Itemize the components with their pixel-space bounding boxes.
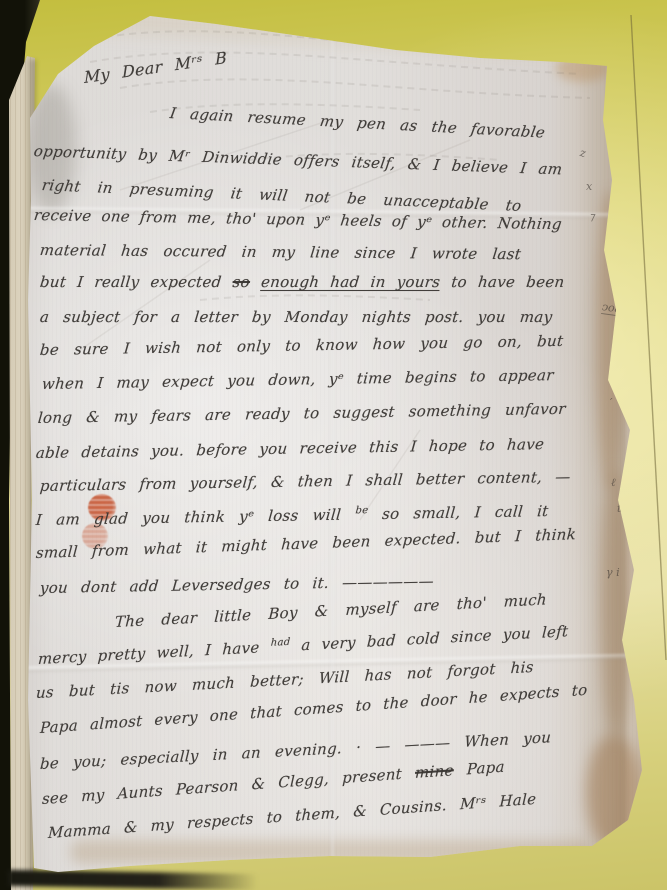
inserted-word: had	[271, 637, 291, 649]
line-text: I am glad you think yᵉ loss will	[35, 505, 356, 529]
handwritten-line: able detains you. before you receive thi…	[35, 435, 545, 462]
line-text: you dont add Leversedges to it. ——————	[39, 572, 435, 597]
top-edge-tone	[60, 4, 581, 57]
handwritten-line: a subject for a letter by Monday nights …	[39, 308, 553, 326]
line-text: long & my fears are ready to suggest som…	[37, 400, 566, 427]
letter-page: My Dear Mʳˢ B I again resume my pen as t…	[0, 0, 667, 890]
margin-mark: t	[617, 502, 621, 515]
margin-mark: ′	[610, 396, 613, 409]
line-text: be sure I wish not only to know how you …	[39, 332, 564, 359]
margin-mark: ↄoa	[601, 300, 622, 317]
margin-mark: ½	[630, 586, 641, 599]
salutation: My Dear Mʳˢ B	[84, 48, 228, 87]
struck-word: so	[232, 273, 251, 291]
handwritten-line: when I may expect you down, yᵉ time begi…	[41, 366, 554, 393]
handwritten-line: long & my fears are ready to suggest som…	[37, 400, 566, 427]
line-text: but I really expected	[39, 273, 234, 291]
line-text: to have been	[439, 273, 565, 291]
margin-mark: ⁊	[589, 210, 594, 223]
line-text: a subject for a letter by Monday nights …	[39, 308, 553, 326]
line-text: I again resume my pen as the favorable	[169, 104, 547, 142]
margin-mark: x	[586, 180, 592, 193]
margin-mark: γ i	[606, 566, 620, 579]
line-text: small from what it might have been expec…	[35, 525, 576, 562]
handwritten-line: opportunity by Mʳ Dinwiddie offers itsel…	[33, 142, 564, 178]
line-text: able detains you. before you receive thi…	[35, 435, 545, 462]
underlined-phrase: enough had in yours	[260, 273, 441, 291]
handwritten-line: you dont add Leversedges to it. ——————	[39, 572, 435, 597]
line-text: so small, I call it	[367, 502, 549, 523]
line-text: when I may expect you down, yᵉ time begi…	[41, 366, 554, 393]
margin-mark: ℓ	[611, 476, 616, 489]
book-bottom-shadow	[8, 870, 258, 890]
handwritten-line: small from what it might have been expec…	[35, 525, 576, 562]
handwritten-line: but I really expected so enough had in y…	[39, 273, 565, 291]
handwritten-line: be sure I wish not only to know how you …	[39, 332, 564, 359]
salutation-text: My Dear Mʳˢ B	[84, 48, 228, 87]
inserted-word: be	[355, 505, 369, 516]
line-text: material has occured in my line since I …	[39, 241, 522, 263]
line-text: opportunity by Mʳ Dinwiddie offers itsel…	[33, 142, 564, 178]
struck-word: mine	[415, 761, 454, 782]
letter-photograph: My Dear Mʳˢ B I again resume my pen as t…	[0, 0, 667, 890]
handwritten-line: material has occured in my line since I …	[39, 241, 522, 263]
line-text: particulars from yourself, & then I shal…	[39, 468, 571, 495]
handwritten-line: I again resume my pen as the favorable	[169, 104, 547, 142]
handwritten-line: particulars from yourself, & then I shal…	[39, 468, 571, 495]
right-curl-shade	[576, 60, 626, 850]
line-text: Papa	[453, 758, 505, 780]
